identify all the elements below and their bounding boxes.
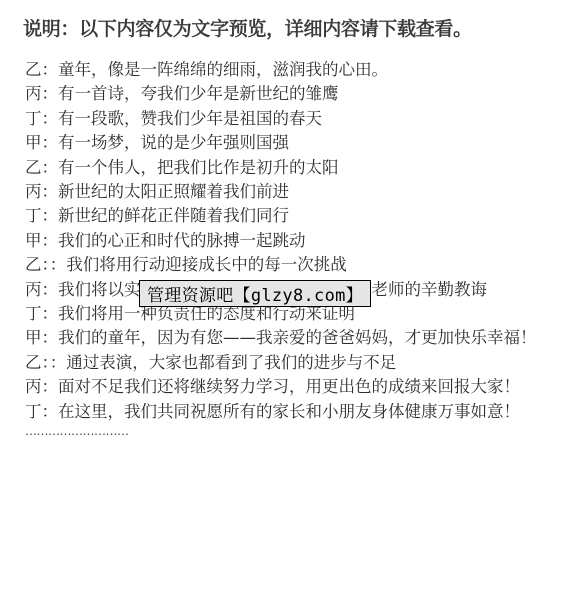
script-line: 甲：我们的心正和时代的脉搏一起跳动 — [25, 229, 545, 253]
script-line: 丙：有一首诗，夸我们少年是新世纪的雏鹰 — [25, 82, 545, 106]
document-body: 乙：童年，像是一阵绵绵的细雨，滋润我的心田。 丙：有一首诗，夸我们少年是新世纪的… — [25, 58, 545, 442]
script-line: 乙：：通过表演，大家也都看到了我们的进步与不足 — [25, 351, 545, 375]
script-line: 乙：有一个伟人，把我们比作是初升的太阳 — [25, 156, 545, 180]
watermark-banner: 管理资源吧【glzy8.com】 — [139, 280, 371, 307]
script-line: 乙：：我们将用行动迎接成长中的每一次挑战 — [25, 253, 545, 277]
script-line: 乙：童年，像是一阵绵绵的细雨，滋润我的心田。 — [25, 58, 545, 82]
script-line: 甲：有一场梦，说的是少年强则国强 — [25, 131, 545, 155]
preview-notice: 说明：以下内容仅为文字预览，详细内容请下载查看。 — [23, 14, 472, 41]
script-line: 丙：新世纪的太阳正照耀着我们前进 — [25, 180, 545, 204]
script-line: 丙：面对不足我们还将继续努力学习，用更出色的成绩来回报大家！ — [25, 375, 545, 399]
script-line: 丁：有一段歌，赞我们少年是祖国的春天 — [25, 107, 545, 131]
script-line: 丁：新世纪的鲜花正伴随着我们同行 — [25, 204, 545, 228]
script-line: 甲：我们的童年，因为有您——我亲爱的爸爸妈妈，才更加快乐幸福！ — [25, 326, 545, 350]
